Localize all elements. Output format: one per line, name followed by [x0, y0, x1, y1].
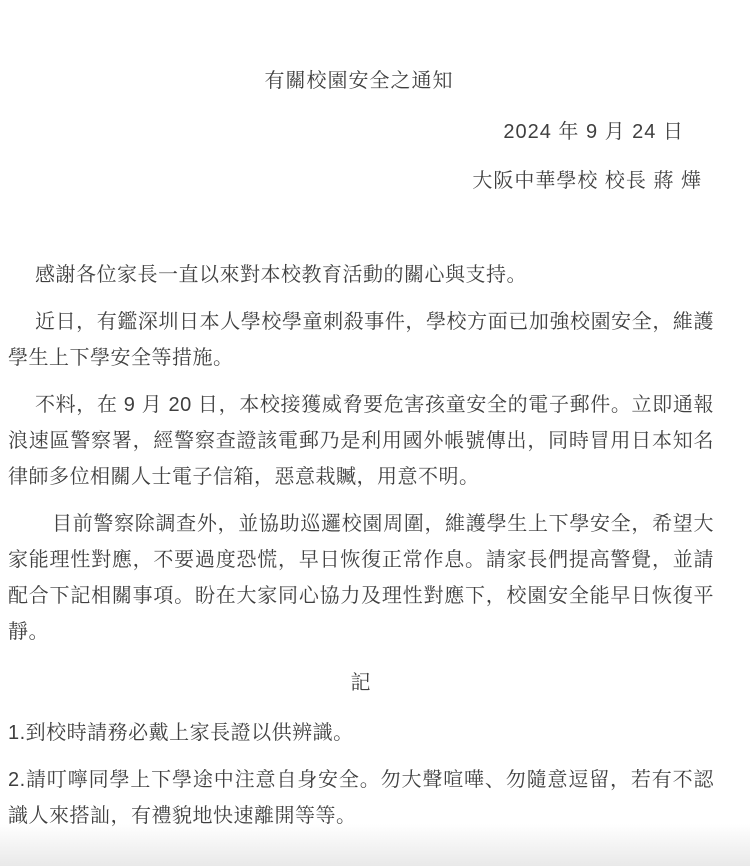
paragraph-incident: 不料，在 9 月 20 日，本校接獲威脅要危害孩童安全的電子郵件。立即通報浪速區… [8, 387, 714, 495]
paragraph-background: 近日，有鑑深圳日本人學校學童刺殺事件，學校方面已加強校園安全，維護學生上下學安全… [8, 304, 714, 376]
list-item-parent-badge: 1.到校時請務必戴上家長證以供辨識。 [8, 715, 714, 751]
document-body: 感謝各位家長一直以來對本校教育活動的關心與支持。 近日，有鑑深圳日本人學校學童刺… [0, 257, 750, 834]
paragraph-police-response: 目前警察除調查外，並協助巡邏校園周圍，維護學生上下學安全，希望大家能理性對應，不… [8, 506, 714, 650]
paragraph-thanks: 感謝各位家長一直以來對本校教育活動的關心與支持。 [8, 257, 714, 293]
document-title: 有關校園安全之通知 [0, 64, 734, 93]
notice-document: 有關校園安全之通知 2024 年 9 月 24 日 大阪中華學校 校長 蔣 燁 … [0, 0, 750, 866]
document-date: 2024 年 9 月 24 日 [0, 115, 750, 144]
list-item-student-safety: 2.請叮嚀同學上下學途中注意自身安全。勿大聲喧嘩、勿隨意逗留，若有不認識人來搭訕… [8, 762, 714, 834]
document-signature: 大阪中華學校 校長 蔣 燁 [0, 164, 750, 193]
section-heading-ki: 記 [8, 665, 714, 701]
